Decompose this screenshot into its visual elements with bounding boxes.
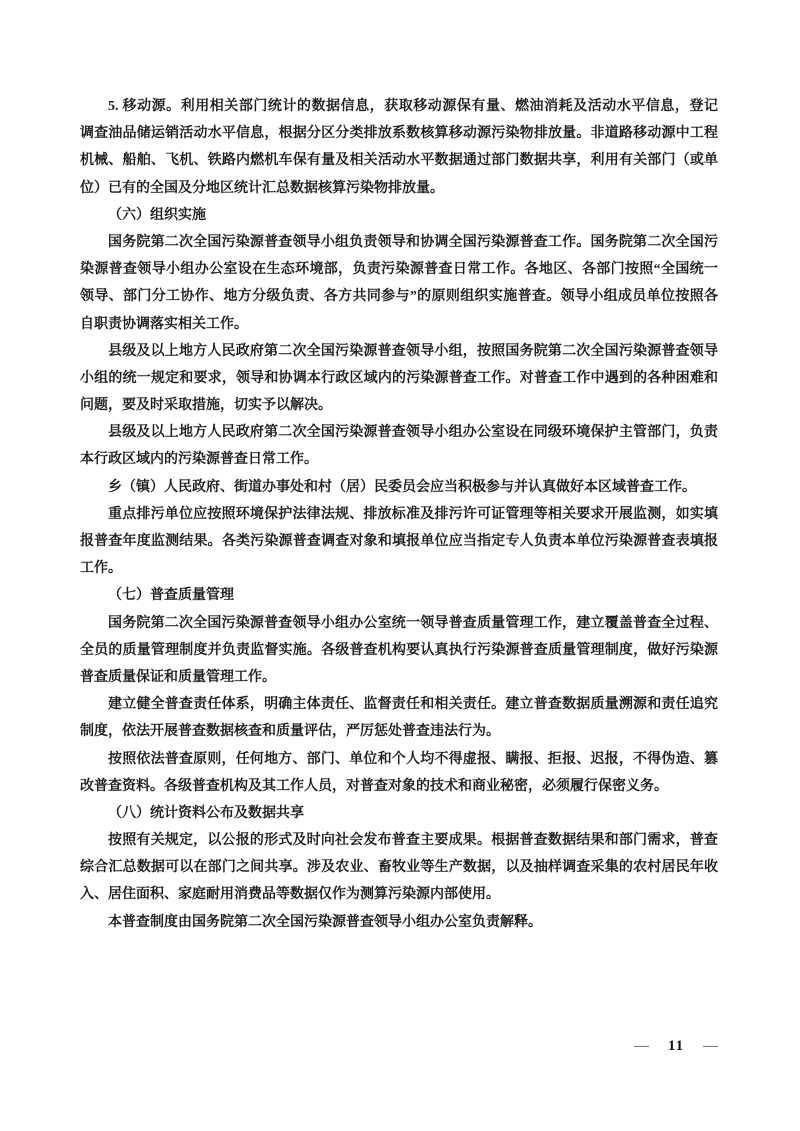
text-line: 县级及以上地方人民政府第二次全国污染源普查领导小组办公室设在同级环境保护主管部门… [80, 419, 718, 446]
text-line: 入、居住面积、家庭耐用消费品等数据仅作为测算污染源内部使用。 [80, 881, 718, 908]
text-line: 报普查年度监测结果。各类污染源普查调查对象和填报单位应当指定专人负责本单位污染源… [80, 528, 718, 555]
page-number: 11 [668, 1038, 684, 1055]
text-line: 问题，要及时采取措施，切实予以解决。 [80, 392, 718, 419]
text-line: 重点排污单位应按照环境保护法律法规、排放标准及排污许可证管理等相关要求开展监测，… [80, 501, 718, 528]
text-line: 全员的质量管理制度并负责监督实施。各级普查机构要认真执行污染源普查质量管理制度，… [80, 637, 718, 664]
section-heading: （七）普查质量管理 [80, 582, 718, 609]
text-line: 乡（镇）人民政府、街道办事处和村（居）民委员会应当积极参与并认真做好本区域普查工… [80, 474, 718, 501]
text-line: 领导、部门分工协作、地方分级负责、各方共同参与”的原则组织实施普查。领导小组成员… [80, 283, 718, 310]
section-heading: （六）组织实施 [80, 202, 718, 229]
footer-dash-right: — [703, 1039, 718, 1054]
section-heading: （八）统计资料公布及数据共享 [80, 800, 718, 827]
document-body: 5. 移动源。利用相关部门统计的数据信息，获取移动源保有量、燃油消耗及活动水平信… [80, 93, 718, 936]
page-footer: — 11 — [634, 1035, 718, 1057]
text-line: 工作。 [80, 555, 718, 582]
text-line: 改普查资料。各级普查机构及其工作人员，对普查对象的技术和商业秘密，必须履行保密义… [80, 773, 718, 800]
text-line: 按照有关规定，以公报的形式及时向社会发布普查主要成果。根据普查数据结果和部门需求… [80, 827, 718, 854]
text-line: 综合汇总数据可以在部门之间共享。涉及农业、畜牧业等生产数据，以及抽样调查采集的农… [80, 854, 718, 881]
text-line: 小组的统一规定和要求，领导和协调本行政区域内的污染源普查工作。对普查工作中遇到的… [80, 365, 718, 392]
text-line: 国务院第二次全国污染源普查领导小组负责领导和协调全国污染源普查工作。国务院第二次… [80, 229, 718, 256]
text-line: 机械、船舶、飞机、铁路内燃机车保有量及相关活动水平数据通过部门数据共享，利用有关… [80, 147, 718, 174]
text-line: 位）已有的全国及分地区统计汇总数据核算污染物排放量。 [80, 175, 718, 202]
text-line: 按照依法普查原则，任何地方、部门、单位和个人均不得虚报、瞒报、拒报、迟报，不得伪… [80, 746, 718, 773]
text-line: 县级及以上地方人民政府第二次全国污染源普查领导小组，按照国务院第二次全国污染源普… [80, 338, 718, 365]
text-line: 制度，依法开展普查数据核查和质量评估，严厉惩处普查违法行为。 [80, 718, 718, 745]
text-line: 本行政区域内的污染源普查日常工作。 [80, 446, 718, 473]
text-line: 调查油品储运销活动水平信息，根据分区分类排放系数核算移动源污染物排放量。非道路移… [80, 120, 718, 147]
text-line: 染源普查领导小组办公室设在生态环境部，负责污染源普查日常工作。各地区、各部门按照… [80, 256, 718, 283]
footer-dash-left: — [634, 1039, 649, 1054]
text-line: 本普查制度由国务院第二次全国污染源普查领导小组办公室负责解释。 [80, 909, 718, 936]
text-line: 5. 移动源。利用相关部门统计的数据信息，获取移动源保有量、燃油消耗及活动水平信… [80, 93, 718, 120]
text-line: 普查质量保证和质量管理工作。 [80, 664, 718, 691]
text-line: 建立健全普查责任体系，明确主体责任、监督责任和相关责任。建立普查数据质量溯源和责… [80, 691, 718, 718]
text-line: 自职责协调落实相关工作。 [80, 311, 718, 338]
document-page: 5. 移动源。利用相关部门统计的数据信息，获取移动源保有量、燃油消耗及活动水平信… [0, 0, 800, 1131]
text-line: 国务院第二次全国污染源普查领导小组办公室统一领导普查质量管理工作，建立覆盖普查全… [80, 610, 718, 637]
